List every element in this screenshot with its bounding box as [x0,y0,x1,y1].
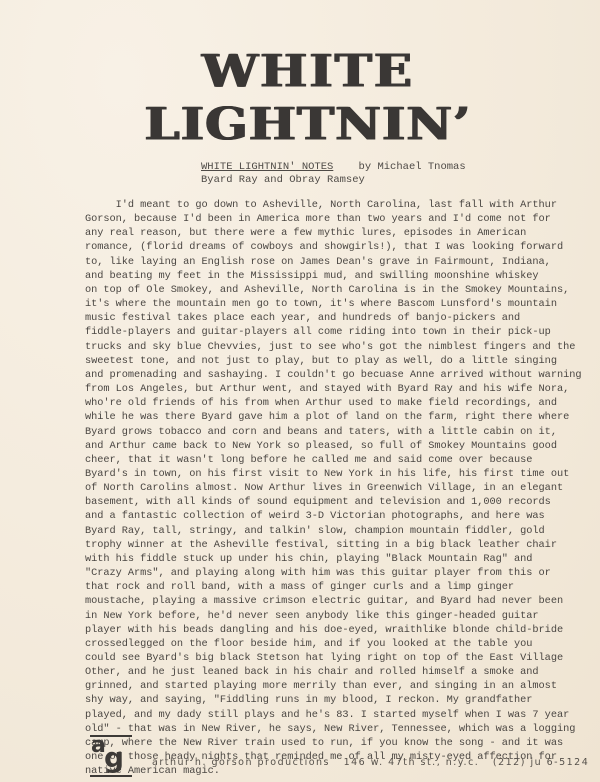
notes-header: WHITE LIGHTNIN' NOTES by Michael Tnomas … [201,161,466,187]
body-line: grinned, and started playing more merril… [85,679,555,693]
body-line: and beating my feet in the Mississippi m… [85,269,555,283]
body-line: it's where the mountain men go to town, … [85,297,555,311]
body-line: Byard's in town, on his first visit to N… [85,467,555,481]
ag-logo: a g [90,735,132,777]
company-name: arthur h. gorson productions [152,757,330,768]
body-line: crossedlegged on the floor beside him, a… [85,637,555,651]
body-line: camp, where the New River train used to … [85,736,555,750]
body-line: from Los Angeles, but Arthur went, and s… [85,382,555,396]
logo-letter-g: g [104,741,124,774]
footer-contact: arthur h. gorson productions 146 w. 47th… [152,757,589,768]
body-line: player with his beads dangling and his d… [85,623,555,637]
body-line: of North Carolins almost. Now Arthur liv… [85,481,555,495]
body-line: trucks and sky blue Chevvies, just to se… [85,340,555,354]
artists-line: Byard Ray and Obray Ramsey [201,174,365,186]
company-phone: (212) ju 6-5124 [493,757,589,768]
body-line: Gorson, because I'd been in America more… [85,212,555,226]
body-line: moustache, playing a massive crimson ele… [85,594,555,608]
body-line: shy way, and saying, "Fiddling runs in m… [85,693,555,707]
body-line: and a fantastic collection of weird 3-D … [85,509,555,523]
byline: by Michael Tnomas [359,161,466,173]
body-line: while he was there Byard gave him a plot… [85,410,555,424]
body-line: in New York before, he'd never seen anyb… [85,609,555,623]
body-line: Byard grows tobacco and corn and beans a… [85,425,555,439]
body-line: romance, (florid dreams of cowboys and s… [85,240,555,254]
body-line: any real reason, but there were a few my… [85,226,555,240]
body-line: Other, and he just leaned back in his ch… [85,665,555,679]
body-line: played, and my dady still plays and he's… [85,708,555,722]
body-line: I'd meant to go down to Asheville, North… [85,198,555,212]
body-line: that rock and roll band, with a mass of … [85,580,555,594]
headline-line-2: LIGHTNIN’ [8,99,600,149]
body-line: could see Byard's big black Stetson hat … [85,651,555,665]
logo-bottom-rule [90,775,132,777]
headline-line-1: WHITE [8,48,600,95]
company-address: 146 w. 47th st., n.y.c. [344,757,480,768]
body-line: to, like laying an English rose on James… [85,255,555,269]
body-line: basement, with all kinds of sound equipm… [85,495,555,509]
body-line: "Crazy Arms", and playing along with him… [85,566,555,580]
body-line: old" - that was in New River, he says, N… [85,722,555,736]
liner-notes-body: I'd meant to go down to Asheville, North… [85,198,555,778]
body-line: trophy winner at the Asheville festival,… [85,538,555,552]
body-line: music festival takes place each year, an… [85,311,555,325]
body-line: sweetest tone, and not just to play, but… [85,354,555,368]
body-line: Byard Ray, tall, stringy, and talkin' sl… [85,524,555,538]
body-line: who're old friends of his from when Arth… [85,396,555,410]
body-line: cheer, that it wasn't long before he cal… [85,453,555,467]
body-line: and Arthur came back to New York so plea… [85,439,555,453]
body-line: on top of Ole Smokey, and Asheville, Nor… [85,283,555,297]
body-line: fiddle-players and guitar-players all co… [85,325,555,339]
notes-title: WHITE LIGHTNIN' NOTES [201,161,333,173]
body-line: with his fiddle stuck up under his chin,… [85,552,555,566]
body-line: and promenading and sashaying. I couldn'… [85,368,555,382]
